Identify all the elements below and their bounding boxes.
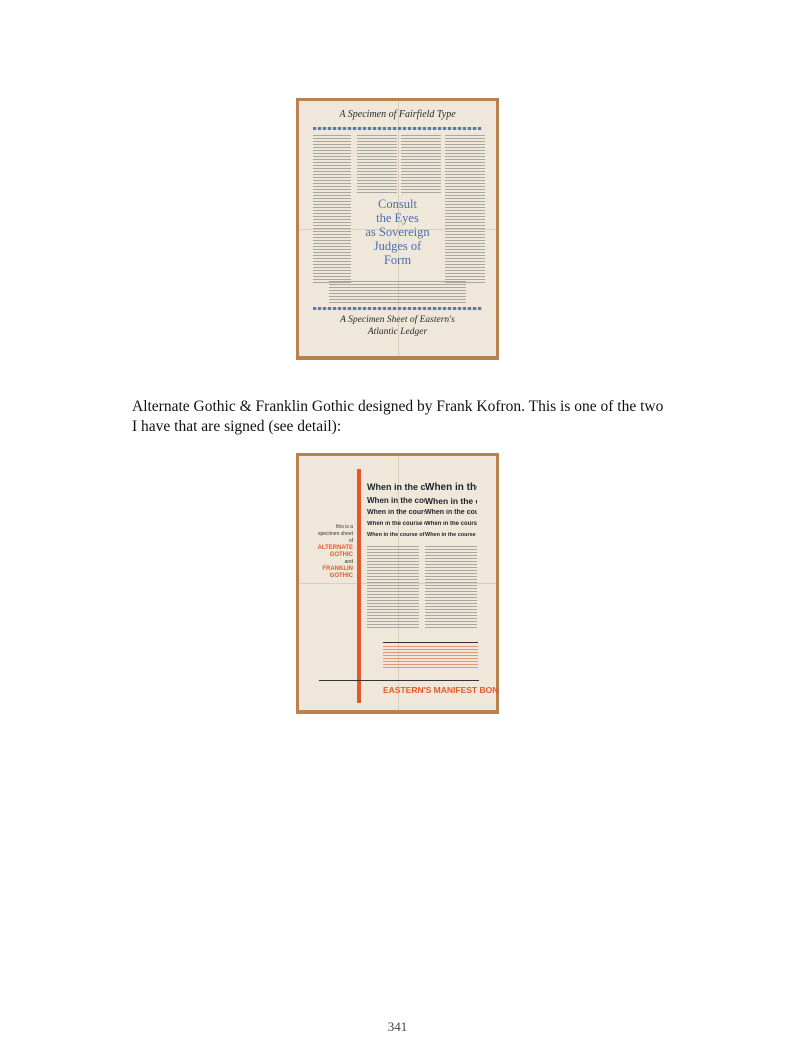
poster-sheet: A Specimen of Fairfield Type Consult the… — [299, 101, 496, 356]
sample-line: When in the course of human — [425, 509, 477, 516]
text-column — [425, 546, 477, 628]
gothic-type-poster-photo: this is a specimen sheet of ALTERNATE GO… — [296, 453, 499, 714]
text-column — [313, 135, 351, 285]
sample-line: When in the course of human — [367, 509, 425, 516]
fairfield-type-poster-photo: A Specimen of Fairfield Type Consult the… — [296, 98, 499, 360]
sample-line: When in the course of human — [425, 532, 477, 538]
text-column — [357, 135, 397, 195]
bond-name: EASTERN'S MANIFEST BOND — [383, 685, 499, 695]
text-block — [329, 281, 466, 303]
ornament-border — [313, 307, 482, 310]
text-column — [445, 135, 485, 285]
poster-subtitle: A Specimen Sheet of Eastern's Atlantic L… — [299, 314, 496, 338]
text-column — [401, 135, 441, 195]
divider — [383, 642, 478, 643]
sample-line: When in the course of human — [367, 496, 425, 505]
sample-line: When in the course of human — [367, 482, 425, 492]
divider — [319, 680, 479, 681]
sample-line: When in the course of human — [425, 521, 477, 527]
poster-headline: Consult the Eyes as Sovereign Judges of … — [349, 197, 446, 267]
poster-sheet: this is a specimen sheet of ALTERNATE GO… — [299, 456, 496, 710]
poster-intro: this is a specimen sheet of ALTERNATE GO… — [309, 524, 353, 580]
ornament-border — [313, 127, 482, 130]
red-text-block — [383, 646, 478, 668]
caption-text: Alternate Gothic & Franklin Gothic desig… — [132, 397, 672, 437]
sample-line: When in the course of human — [425, 496, 477, 506]
sample-line: When in the course of human — [367, 521, 425, 527]
orange-vertical-bar — [357, 469, 361, 703]
poster-title: A Specimen of Fairfield Type — [299, 109, 496, 120]
text-column — [367, 546, 419, 628]
sample-line: When in the course of human — [425, 482, 477, 493]
sample-line: When in the course of human — [367, 532, 425, 538]
page-number: 341 — [0, 1019, 795, 1035]
